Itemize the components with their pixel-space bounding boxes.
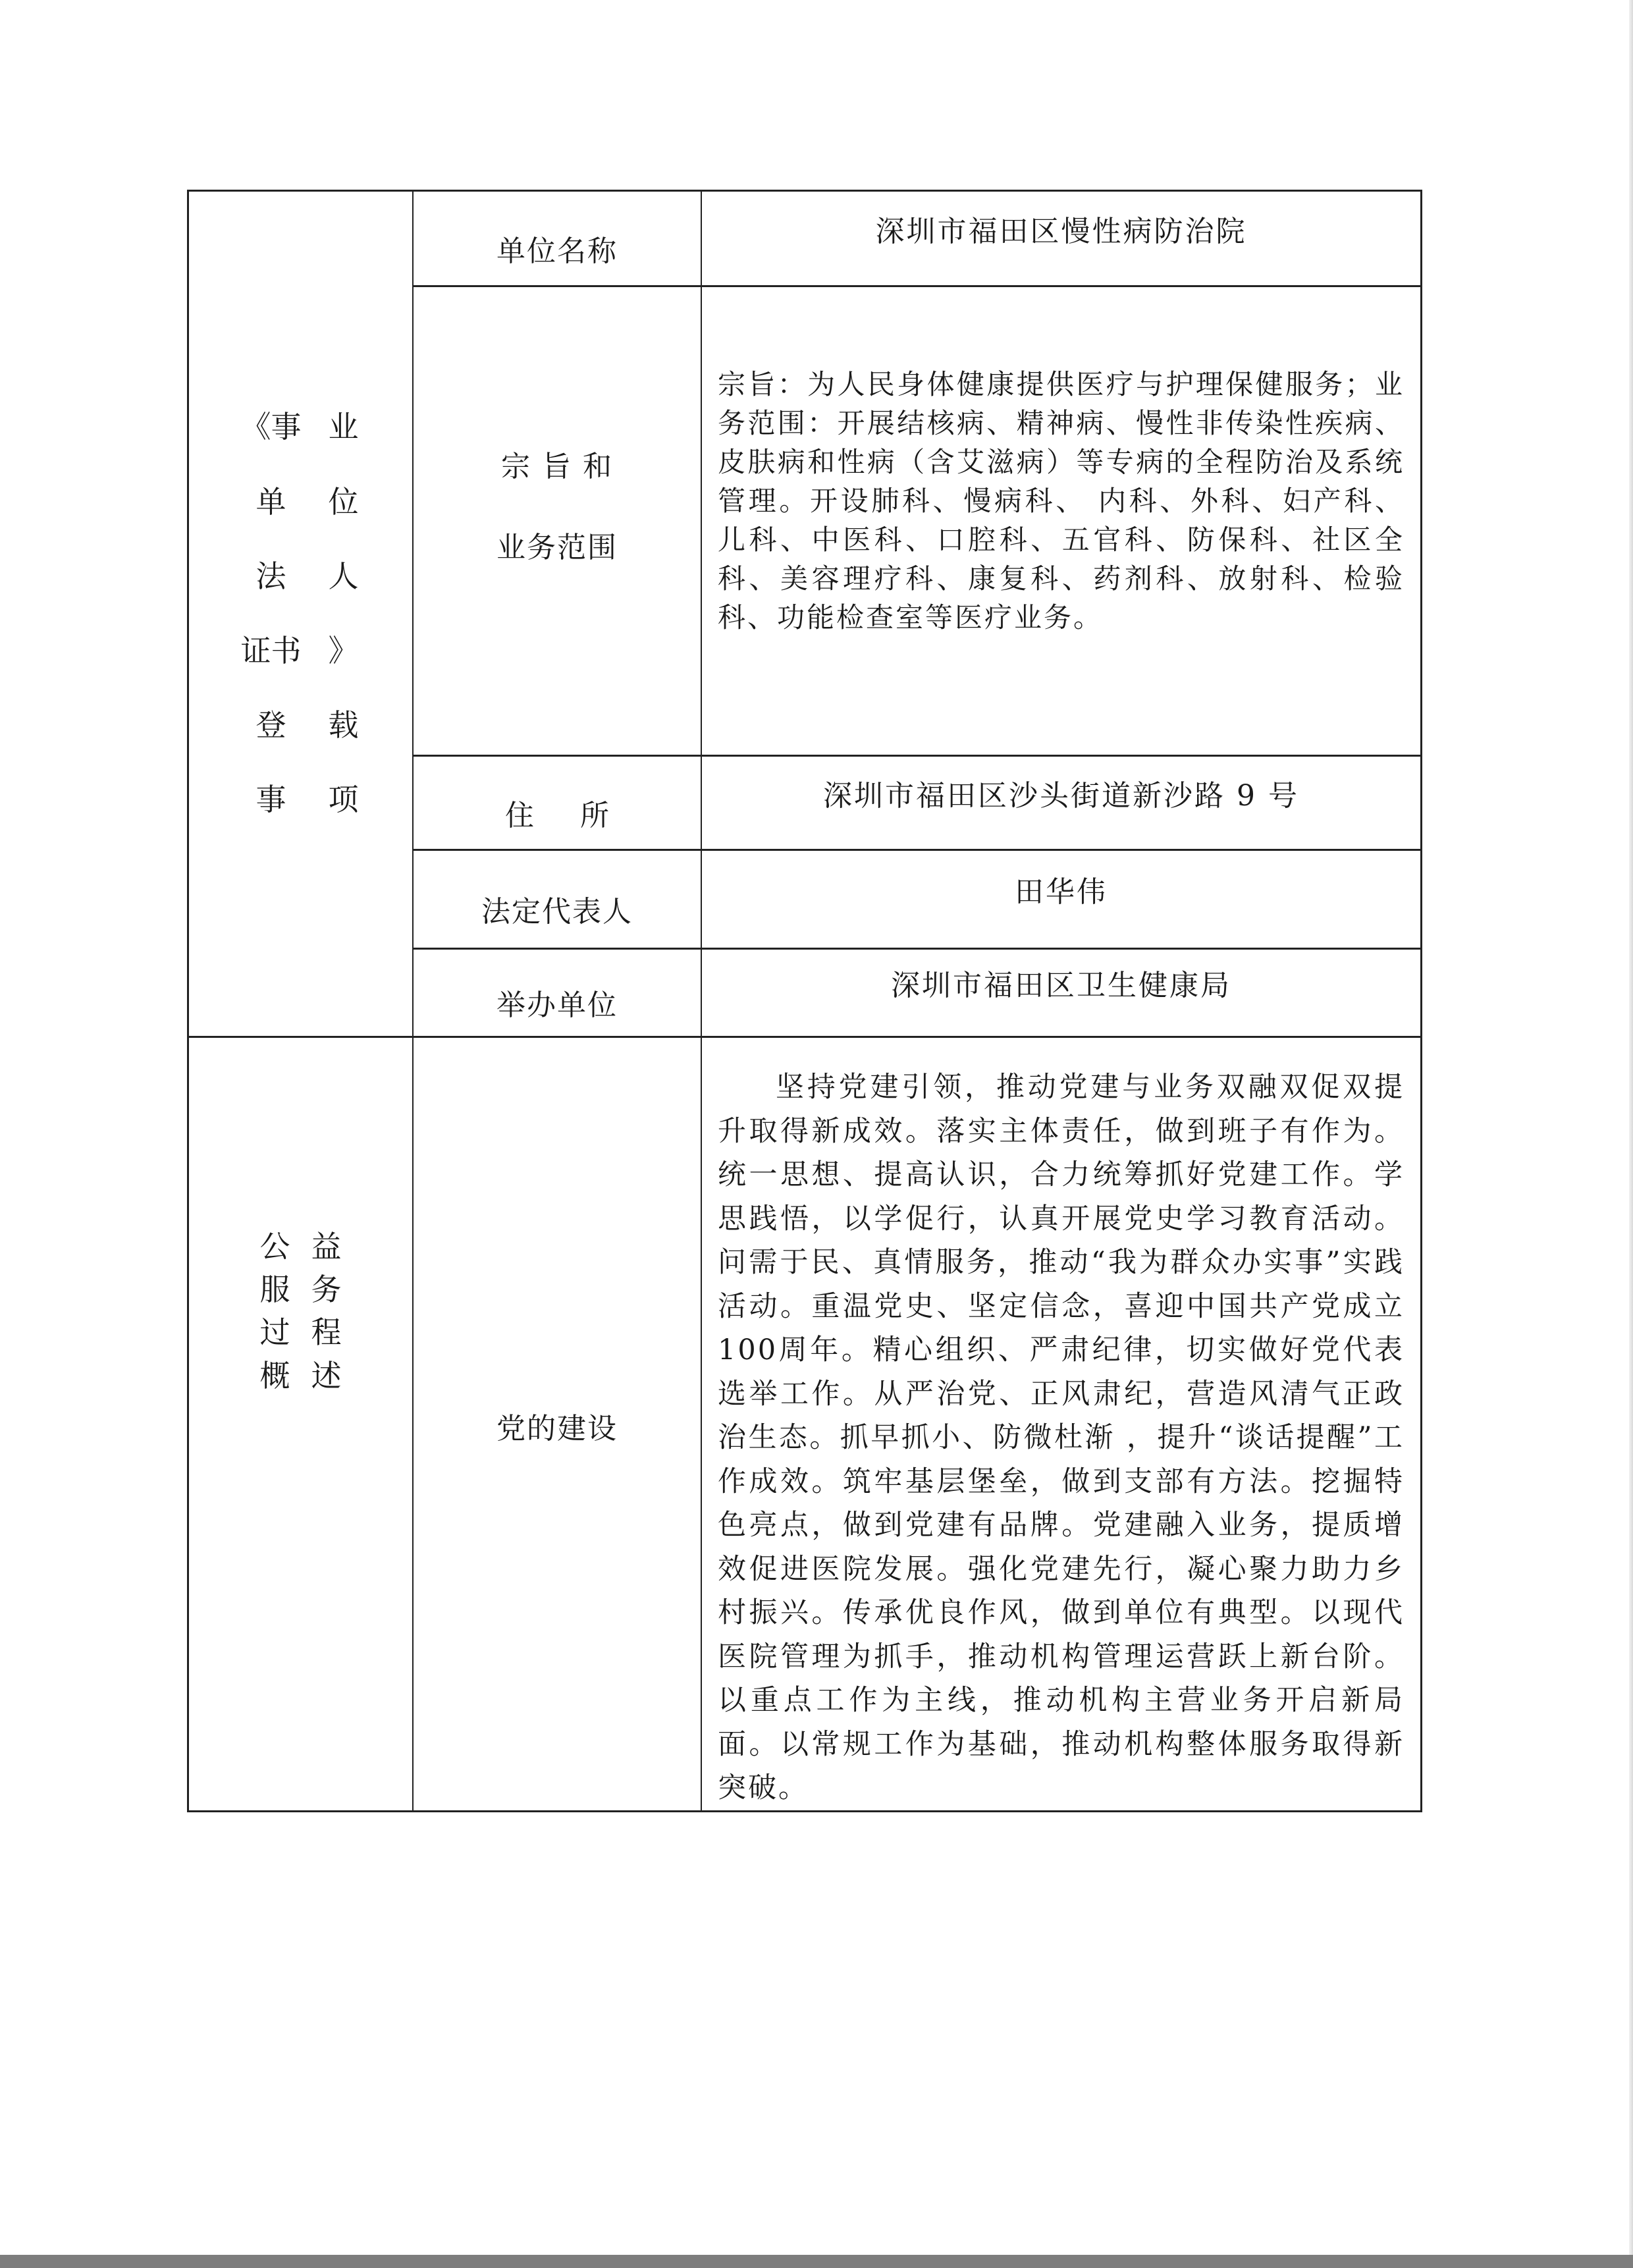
address-label: 住所 <box>414 757 701 849</box>
legal-representative-value: 田华伟 <box>702 851 1420 948</box>
section1-label-char: 》 <box>321 633 367 669</box>
sponsor-unit-value: 深圳市福田区卫生健康局 <box>702 950 1420 1036</box>
purpose-scope-value: 宗旨：为人民身体健康提供医疗与护理保健服务；业务范围：开展结核病、精神病、慢性非… <box>702 287 1420 755</box>
party-building-value: 坚持党建引领，推动党建与业务双融双促双提升取得新成效。落实主体责任，做到班子有作… <box>702 1038 1420 1810</box>
sponsor-unit-label: 举办单位 <box>414 950 701 1036</box>
section1-label-char: 业 <box>321 409 367 445</box>
section1-label-char: 法 <box>235 558 308 595</box>
section1-label-char: 事 <box>235 782 308 818</box>
section1-label-char: 单 <box>235 484 308 520</box>
section2-label-char: 益 <box>307 1229 346 1265</box>
address-value: 深圳市福田区沙头街道新沙路 9 号 <box>702 757 1420 849</box>
purpose-scope-text: 宗旨：为人民身体健康提供医疗与护理保健服务；业务范围：开展结核病、精神病、慢性非… <box>718 365 1405 637</box>
unit-name-value: 深圳市福田区慢性病防治院 <box>702 192 1420 285</box>
section2-label-char: 服 <box>255 1272 295 1308</box>
section2-label-char: 概 <box>255 1358 295 1394</box>
section2-label-char: 过 <box>255 1314 295 1351</box>
section1-label-char: 证书 <box>235 633 308 669</box>
party-building-label: 党的建设 <box>414 1038 701 1810</box>
party-building-text: 坚持党建引领，推动党建与业务双融双促双提升取得新成效。落实主体责任，做到班子有作… <box>718 1066 1405 1810</box>
scan-bottom-edge <box>0 2255 1633 2268</box>
section1-label-char: 《事 <box>235 409 308 445</box>
section2-label-char: 务 <box>307 1272 346 1308</box>
section2-label-char: 公 <box>255 1229 295 1265</box>
section1-label-char: 项 <box>321 782 367 818</box>
unit-name-label: 单位名称 <box>414 192 701 285</box>
legal-representative-label: 法定代表人 <box>414 851 701 948</box>
section1-label-char: 载 <box>321 707 367 743</box>
section2-label-char: 程 <box>307 1314 346 1351</box>
section2-label-char: 述 <box>307 1358 346 1394</box>
section1-label-char: 位 <box>321 484 367 520</box>
purpose-scope-label: 宗 旨 和 业务范围 <box>414 287 701 755</box>
registration-table: 《事 业 单 位 法 人 证书 》 登 载 事 项 单位名称 深圳市福田区慢性病… <box>187 190 1422 1812</box>
section1-label: 《事 业 单 位 法 人 证书 》 登 载 事 项 <box>189 192 412 1036</box>
scan-page-edge <box>1629 0 1633 2268</box>
purpose-scope-label-line2: 业务范围 <box>496 531 618 566</box>
purpose-scope-label-line1: 宗 旨 和 <box>501 450 613 485</box>
section1-label-char: 人 <box>321 558 367 595</box>
section1-label-char: 登 <box>235 707 308 743</box>
section2-label: 公 益 服 务 过 程 概 述 <box>189 1038 412 1810</box>
